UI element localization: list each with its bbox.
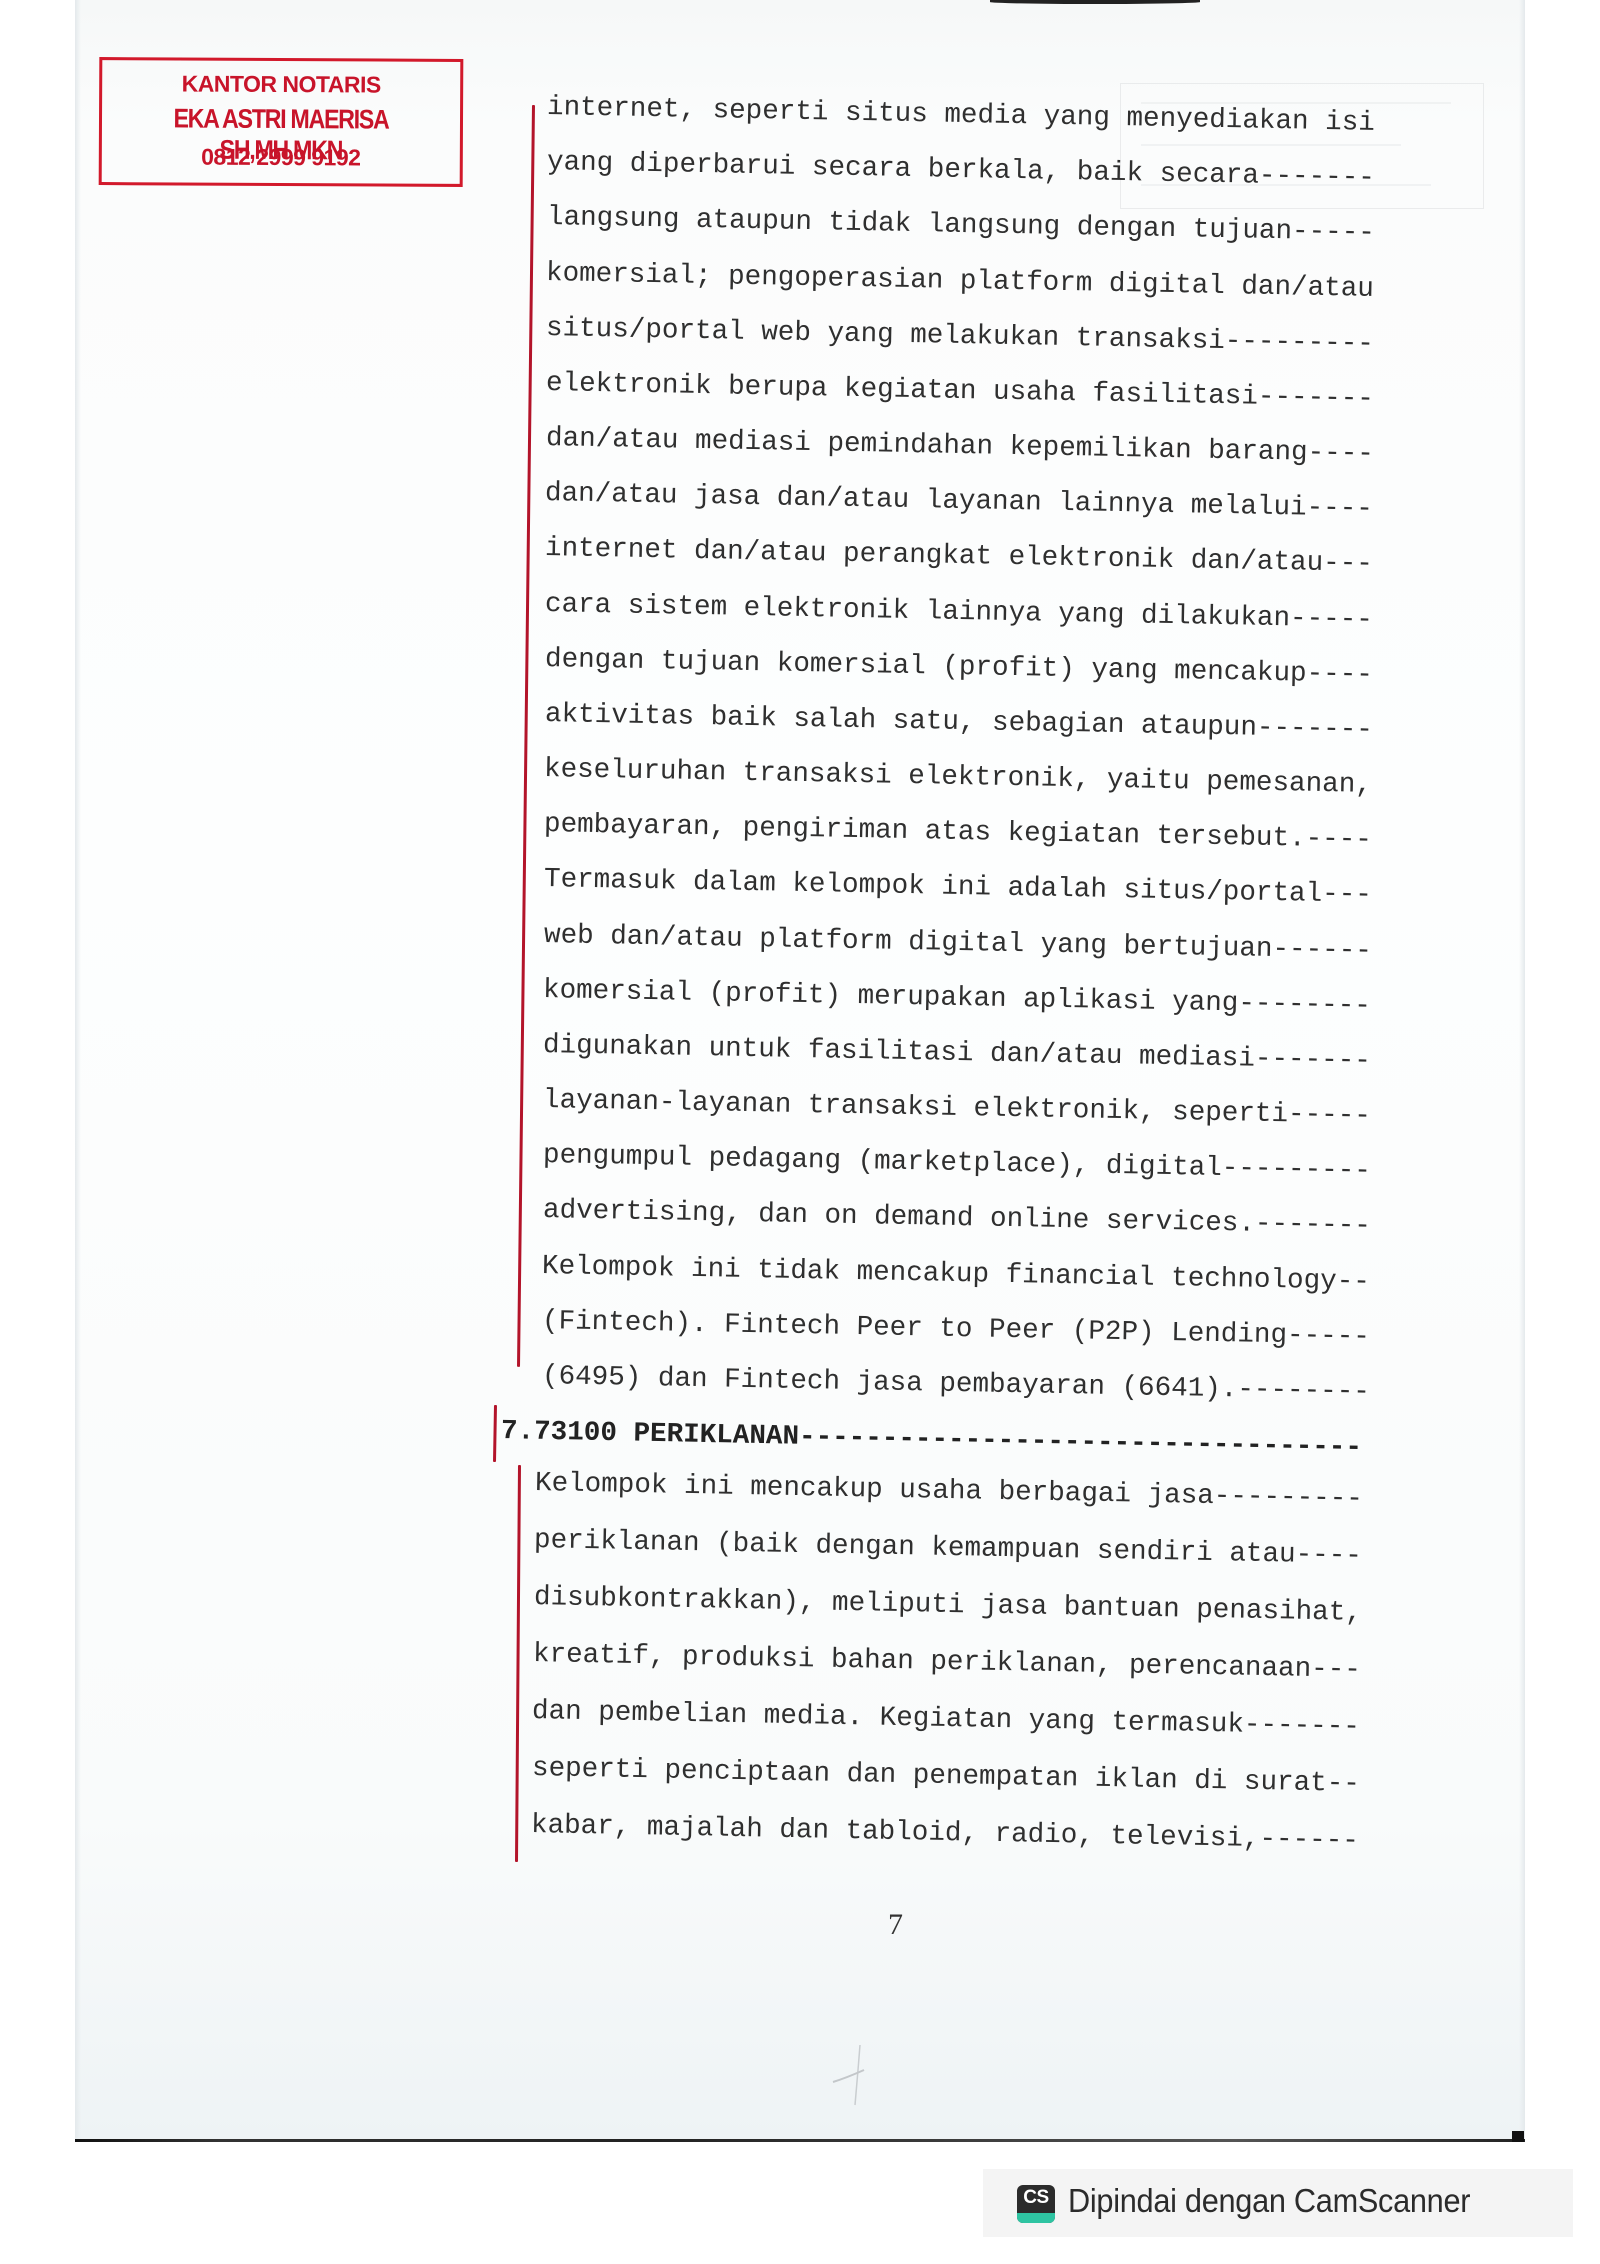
stamp-office-label: KANTOR NOTARIS — [102, 70, 460, 99]
scan-corner-mark — [1512, 2131, 1524, 2142]
scan-artifact-top — [990, 0, 1200, 4]
page-edge-left — [75, 0, 81, 2142]
page-edge-right — [1519, 0, 1525, 2142]
page-bottom-edge — [75, 2139, 1525, 2142]
stamp-phone: 0812 2999 9192 — [102, 143, 460, 172]
camscanner-label: Dipindai dengan CamScanner — [1068, 2182, 1470, 2220]
camscanner-logo-icon: CS — [1017, 2185, 1055, 2223]
camscanner-watermark: CS Dipindai dengan CamScanner — [983, 2169, 1573, 2237]
pencil-mark — [828, 2040, 888, 2110]
page-number: 7 — [888, 1908, 903, 1942]
notary-stamp: KANTOR NOTARIS EKA ASTRI MAERISA SH,MH,M… — [99, 57, 464, 187]
